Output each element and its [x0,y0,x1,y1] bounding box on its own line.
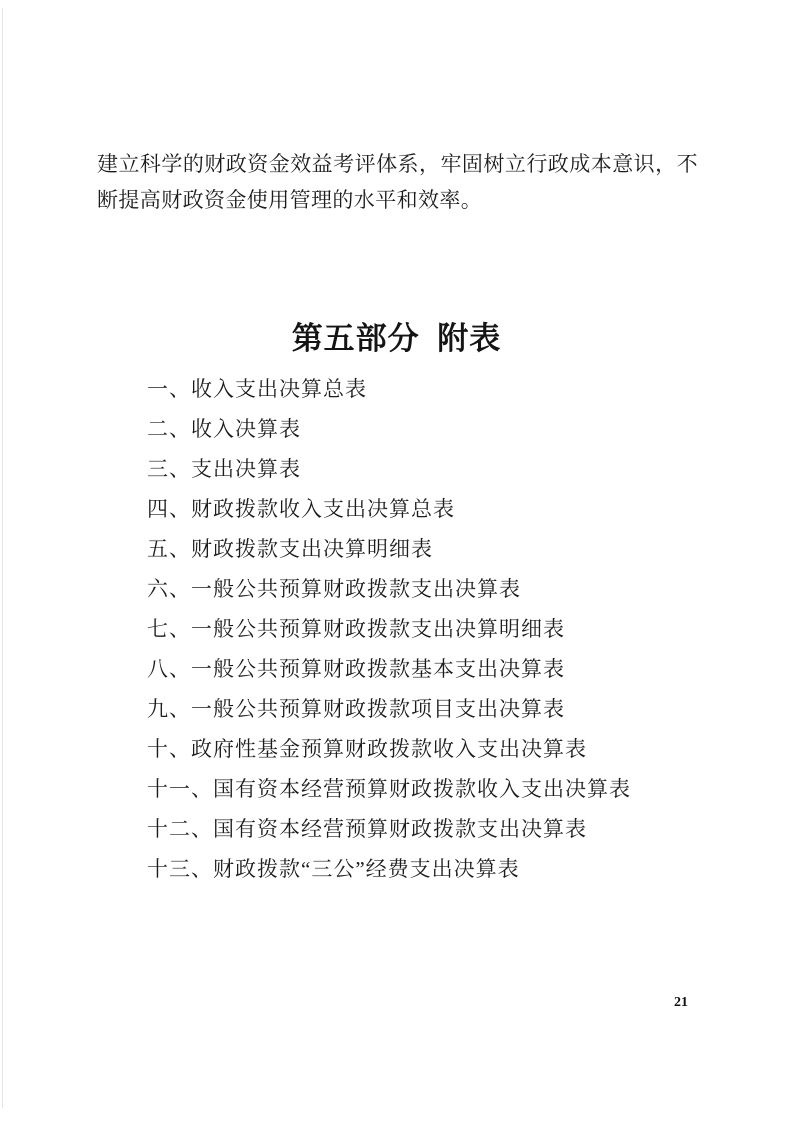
list-item: 三、支出决算表 [147,449,707,489]
list-item: 六、一般公共预算财政拨款支出决算表 [147,569,707,609]
page-number: 21 [674,994,688,1012]
list-item: 七、一般公共预算财政拨款支出决算明细表 [147,609,707,649]
list-item: 五、财政拨款支出决算明细表 [147,529,707,569]
list-item: 十三、财政拨款“三公”经费支出决算表 [147,849,707,889]
list-item: 二、收入决算表 [147,409,707,449]
list-item: 九、一般公共预算财政拨款项目支出决算表 [147,689,707,729]
list-item: 八、一般公共预算财政拨款基本支出决算表 [147,649,707,689]
list-item: 十、政府性基金预算财政拨款收入支出决算表 [147,729,707,769]
section-title: 第五部分 附表 [0,318,793,360]
appendix-table-list: 一、收入支出决算总表 二、收入决算表 三、支出决算表 四、财政拨款收入支出决算总… [147,369,707,889]
list-item: 四、财政拨款收入支出决算总表 [147,489,707,529]
page-left-edge-artifact [2,8,3,1108]
list-item: 十二、国有资本经营预算财政拨款支出决算表 [147,809,707,849]
list-item: 一、收入支出决算总表 [147,369,707,409]
document-page: 建立科学的财政资金效益考评体系，牢固树立行政成本意识，不断提高财政资金使用管理的… [0,0,793,1122]
intro-paragraph: 建立科学的财政资金效益考评体系，牢固树立行政成本意识，不断提高财政资金使用管理的… [97,146,698,218]
list-item: 十一、国有资本经营预算财政拨款收入支出决算表 [147,769,707,809]
